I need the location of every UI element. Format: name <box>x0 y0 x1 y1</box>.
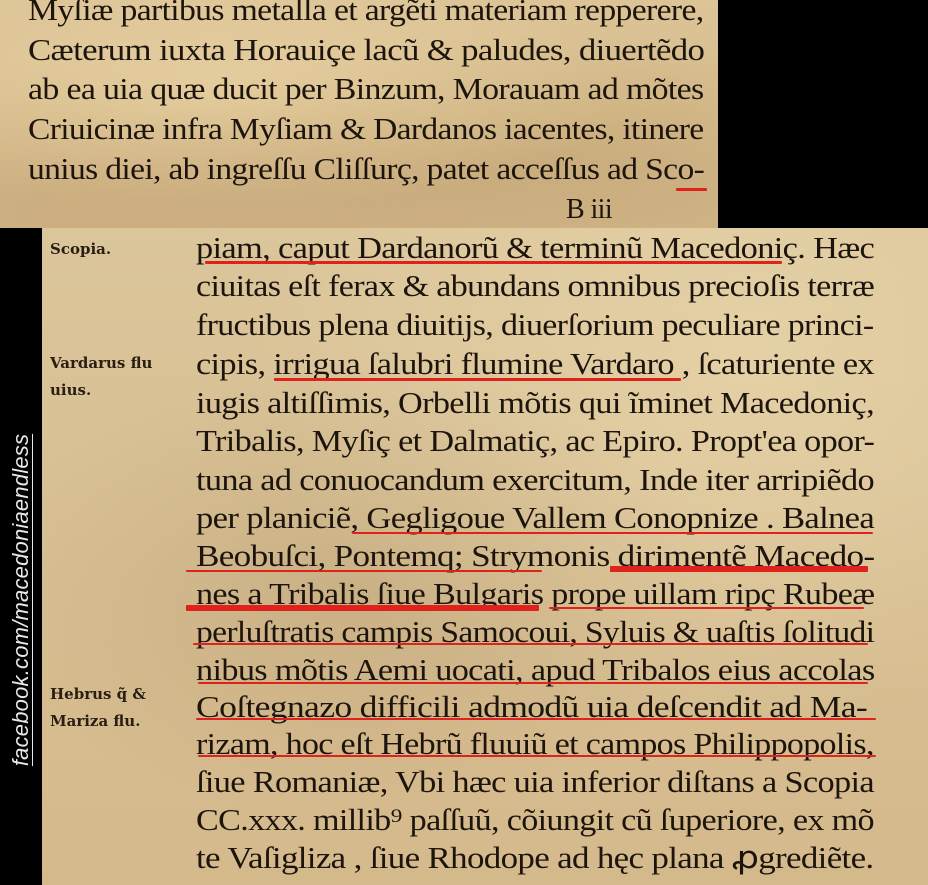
document-image: Myſiæ partibus metalla et argẽti materia… <box>0 0 928 885</box>
red-underline <box>196 718 876 720</box>
main-text-line: per planiciẽ, Gegligoue Vallem Conopnize… <box>196 502 874 533</box>
top-text-line: unius diei, ab ingreſſu Cliſſurç, patet … <box>28 153 704 184</box>
main-text-line: ciuitas eſt ferax & abundans omnibus pre… <box>196 270 874 301</box>
red-underline <box>549 607 864 609</box>
red-underline <box>198 682 868 684</box>
red-underline <box>676 188 707 191</box>
main-text-line: piam, caput Dardanorũ & terminũ Macedoni… <box>196 232 874 263</box>
main-text-line: tuna ad conuocandum exercitum, Inde iter… <box>196 464 874 495</box>
main-text-line: iugis altiſſimis, Orbelli mõtis qui ĩmin… <box>196 387 874 418</box>
margin-note-vardarus: Vardarus flu <box>50 356 152 371</box>
main-text-line: cipis, irrigua ſalubri flumine Vardaro ,… <box>196 348 874 379</box>
margin-note-vardarus-cont: uius. <box>50 383 91 398</box>
red-underline <box>352 532 873 534</box>
main-text-line: fructibus plena diuitijs, diuerſorium pe… <box>196 309 873 340</box>
red-underline <box>274 378 681 381</box>
top-text-line: Criuicinæ infra Myſiam & Dardanos iacent… <box>28 113 703 144</box>
top-text-line: Myſiæ partibus metalla et argẽti materia… <box>28 0 704 25</box>
black-fill-top-right <box>718 0 928 208</box>
main-text-line: Tribalis, Myſiç et Dalmatiç, ac Epiro. P… <box>196 425 874 456</box>
margin-note-hebrus: Hebrus q̃ & <box>50 687 146 702</box>
red-underline <box>193 643 868 645</box>
margin-note-mariza: Mariza flu. <box>50 714 140 729</box>
top-text-line: ab ea uia quæ ducit per Binzum, Morauam … <box>28 73 704 104</box>
red-underline <box>198 755 876 757</box>
red-underline <box>610 566 868 572</box>
signature-mark: B iii <box>566 196 612 224</box>
main-text-line: CC.xxx. millib⁹ paſſuũ, cõiungit cũ ſupe… <box>196 804 874 835</box>
red-underline <box>186 605 539 611</box>
main-text-line: nibus mõtis Aemi uocati, apud Tribalos e… <box>196 654 875 685</box>
main-text-line: te Vaſigliza , ſiue Rhodope ad hęc plana… <box>196 842 874 873</box>
red-underline <box>205 261 782 264</box>
main-text-line: ſiue Romaniæ, Vbi hæc uia inferior diſta… <box>196 766 874 797</box>
margin-note-scopia: Scopia. <box>50 242 111 257</box>
watermark-link[interactable]: facebook.com/macedoniaendless <box>8 434 34 766</box>
top-text-line: Cæterum iuxta Horauiçe lacũ & paludes, d… <box>28 34 704 65</box>
red-underline <box>186 570 542 572</box>
